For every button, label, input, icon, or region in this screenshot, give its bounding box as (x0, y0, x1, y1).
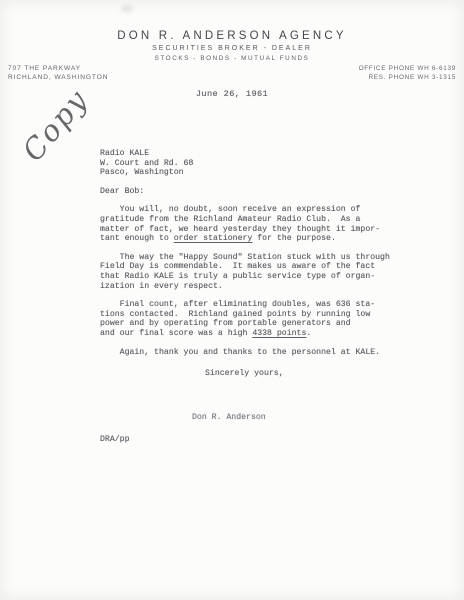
letter-body: Radio KALE W. Court and Rd. 68 Pasco, Wa… (100, 149, 400, 445)
recipient-line-city: Pasco, Washington (100, 168, 400, 178)
salutation: Dear Bob: (100, 187, 400, 197)
letterhead-address-line2: Richland, Washington (8, 73, 108, 82)
reference-initials: DRA/pp (100, 435, 400, 445)
letterhead-office-phone: Office Phone WH 6-6139 (359, 64, 456, 73)
typed-line: You will, no doubt, soon receive an expr… (100, 205, 400, 215)
typed-line: Again, thank you and thanks to the perso… (100, 348, 400, 358)
smudge-mark (121, 5, 133, 12)
letter-page: DON R. ANDERSON AGENCY SECURITIES BROKER… (0, 0, 464, 600)
letterhead-tagline: STOCKS - BONDS - MUTUAL FUNDS (0, 55, 464, 62)
typed-line: tions contacted. Richland gained points … (100, 310, 400, 320)
typed-line: that Radio KALE is truly a public servic… (100, 272, 400, 282)
typed-line: power and by operating from portable gen… (100, 319, 400, 329)
letterhead-address-line1: 707 The Parkway (8, 64, 108, 73)
paragraph: Final count, after eliminating doubles, … (100, 300, 400, 338)
letterhead-address: 707 The Parkway Richland, Washington (8, 64, 108, 82)
recipient-block: Radio KALE W. Court and Rd. 68 Pasco, Wa… (100, 149, 400, 178)
letterhead-company-name: DON R. ANDERSON AGENCY (0, 30, 464, 42)
letterhead-subtitle: SECURITIES BROKER - DEALER (0, 45, 464, 52)
typed-signature-name: Don R. Anderson (192, 413, 400, 423)
letterhead-res-phone: Res. Phone WH 3-1315 (359, 73, 456, 82)
paragraph: Again, thank you and thanks to the perso… (100, 348, 400, 358)
typed-line: gratitude from the Richland Amateur Radi… (100, 215, 400, 225)
typed-line: Field Day is commendable. It makes us aw… (100, 262, 400, 272)
paragraph: You will, no doubt, soon receive an expr… (100, 205, 400, 243)
typed-line: matter of fact, we heard yesterday they … (100, 225, 400, 235)
closing-line: Sincerely yours, (205, 369, 400, 379)
recipient-line-street: W. Court and Rd. 68 (100, 159, 400, 169)
typed-line: The way the "Happy Sound" Station stuck … (100, 253, 400, 263)
typed-line: ization in every respect. (100, 282, 400, 292)
letterhead-phones: Office Phone WH 6-6139 Res. Phone WH 3-1… (359, 64, 456, 82)
paragraphs-container: You will, no doubt, soon receive an expr… (100, 205, 400, 357)
recipient-line-name: Radio KALE (100, 149, 400, 159)
typed-line: Final count, after eliminating doubles, … (100, 300, 400, 310)
typed-line: and our final score was a high 4338 poin… (100, 329, 400, 339)
typed-line: tant enough to order stationery for the … (100, 234, 400, 244)
paragraph: The way the "Happy Sound" Station stuck … (100, 253, 400, 291)
